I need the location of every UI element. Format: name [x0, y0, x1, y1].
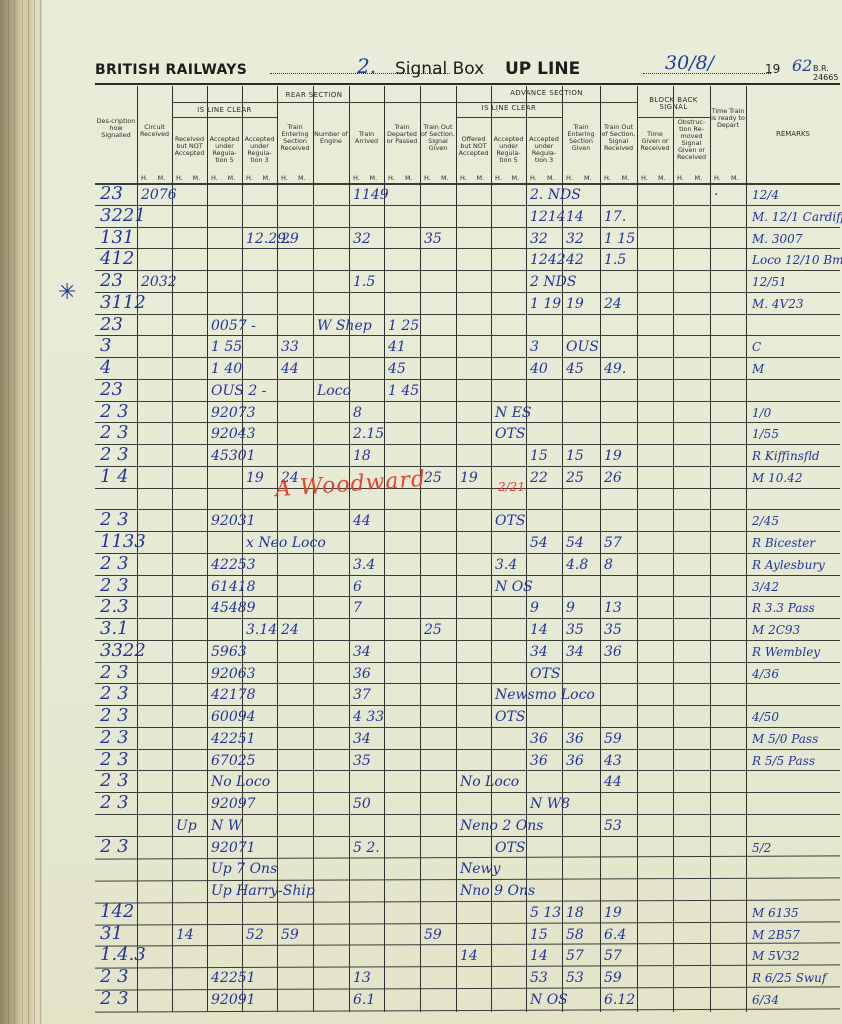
minutes-label: M. [228, 174, 236, 182]
row-entry: OTS [530, 667, 560, 681]
row-rule [95, 662, 840, 663]
row-entry: 42253 [211, 558, 256, 572]
row-description: 23 [100, 272, 123, 290]
row-remarks: M. 12/1 Cardiff [752, 211, 842, 223]
row-remarks: 1/55 [752, 428, 779, 440]
column-header: Train Out of Section, Signal Received [601, 124, 636, 152]
row-description: 2 3 [100, 729, 129, 747]
row-entry: 5 2. [353, 841, 380, 855]
row-entry: Newsmo Loco [495, 688, 595, 702]
column-header: Accepted under Regula-tion 3 [243, 136, 276, 164]
row-entry: 36 [566, 732, 584, 746]
column-header: Accepted under Regula-tion 5 [208, 136, 241, 164]
row-description: 3.1 [100, 620, 129, 638]
line-label: UP LINE [505, 59, 580, 79]
row-entry: 58 [566, 928, 584, 942]
row-entry: OTS [495, 710, 525, 724]
row-entry: 8 [353, 406, 362, 420]
row-description: 1 4 [100, 468, 129, 486]
row-entry: 32 [566, 232, 584, 246]
row-entry: 32 [530, 232, 548, 246]
column-divider [456, 86, 457, 1012]
hours-label: H. [176, 174, 183, 182]
minutes-label: M. [622, 174, 630, 182]
minutes-label: M. [477, 174, 485, 182]
column-header: Train Out of Section, Signal Given [421, 124, 455, 152]
row-remarks: M 10.42 [752, 472, 802, 484]
hours-label: H. [604, 174, 611, 182]
row-entry: 19 [460, 471, 478, 485]
minutes-label: M. [512, 174, 520, 182]
row-entry: 35 [353, 754, 371, 768]
hours-label: H. [677, 174, 684, 182]
handwritten-date: 30/8/ [665, 52, 714, 74]
hours-label: H. [495, 174, 502, 182]
minutes-label: M. [263, 174, 271, 182]
column-header: Train Entering Section Given [563, 124, 599, 152]
row-entry: 35 [604, 623, 622, 637]
row-description: 23 [100, 316, 123, 334]
row-entry: 1 15 [604, 232, 635, 246]
hours-label: H. [424, 174, 431, 182]
row-entry: Neno 2 Ons [460, 819, 543, 833]
row-description: 2 3 [100, 511, 129, 529]
row-entry: 17. [604, 210, 626, 224]
row-remarks: R Kiffinsfld [752, 450, 820, 462]
minutes-label: M. [370, 174, 378, 182]
row-entry: N W8 [530, 797, 570, 811]
hours-label: H. [641, 174, 648, 182]
row-description: 412 [100, 250, 134, 268]
row-remarks: 3/42 [752, 581, 779, 593]
row-entry: 2. NDS [530, 188, 581, 202]
column-divider [673, 86, 674, 1012]
row-rule [95, 248, 840, 249]
row-entry: 44 [281, 362, 299, 376]
row-entry: 18 [353, 449, 371, 463]
row-entry: 1.5 [353, 275, 375, 289]
column-header: Time Train is ready to Depart [711, 108, 745, 129]
row-entry: N OS [530, 993, 568, 1007]
row-entry: 42178 [211, 688, 256, 702]
row-entry: 45301 [211, 449, 256, 463]
row-remarks: Loco 12/10 Bm [752, 254, 842, 266]
row-entry: 53 [604, 819, 622, 833]
row-entry: 15 [530, 928, 548, 942]
row-entry: 52 [246, 928, 264, 942]
row-description: 1133 [100, 533, 146, 551]
row-entry: 36 [604, 645, 622, 659]
row-entry: x Neo Loco [246, 536, 326, 550]
row-entry: 57 [604, 949, 622, 963]
row-entry: 19 [604, 449, 622, 463]
organisation-title: BRITISH RAILWAYS [95, 62, 247, 78]
row-entry: 59 [424, 928, 442, 942]
row-entry: 44 [604, 775, 622, 789]
row-entry: Nno 9 Ons [460, 884, 535, 898]
row-entry: 2.15 [353, 427, 384, 441]
row-rule [95, 640, 840, 641]
row-entry: 92073 [211, 406, 256, 420]
row-entry: 36 [566, 754, 584, 768]
row-entry: 14 [530, 949, 548, 963]
row-rule [95, 488, 840, 489]
row-description: 2 3 [100, 838, 129, 856]
rear-section-rule [172, 102, 456, 103]
row-entry: 37 [353, 688, 371, 702]
hours-label: H. [281, 174, 288, 182]
row-entry: 36 [530, 754, 548, 768]
row-description: 2 3 [100, 403, 129, 421]
row-entry: 32 [353, 232, 371, 246]
row-remarks: 1/0 [752, 407, 771, 419]
row-entry: 19 [566, 297, 584, 311]
row-entry: 92071 [211, 841, 256, 855]
row-entry: 60094 [211, 710, 256, 724]
row-description: 23 [100, 185, 123, 203]
row-entry: 59 [281, 928, 299, 942]
year-prefix: 19 [765, 62, 780, 76]
hours-label: H. [388, 174, 395, 182]
minutes-label: M. [731, 174, 739, 182]
row-entry: 2032 [141, 275, 177, 289]
row-entry: OUS 2 - [211, 384, 266, 398]
minutes-label: M. [298, 174, 306, 182]
row-entry: 92031 [211, 514, 256, 528]
row-entry: 9 [566, 601, 575, 615]
column-header: Accepted under Regula-tion 3 [527, 136, 561, 164]
row-entry: 59 [604, 971, 622, 985]
row-entry: 1 40 [211, 362, 242, 376]
row-description: 2 3 [100, 968, 129, 986]
signal-box-number: 2. [357, 54, 376, 78]
row-entry: 92063 [211, 667, 256, 681]
row-entry: 45 [388, 362, 406, 376]
row-description: 31 [100, 925, 123, 943]
row-entry: 25 [424, 471, 442, 485]
column-header: Time Given or Received [638, 131, 672, 152]
row-rule [95, 227, 840, 228]
row-entry: 4.8 [566, 558, 588, 572]
row-entry: 59 [604, 732, 622, 746]
hours-label: H. [460, 174, 467, 182]
column-header: Offered but NOT Accepted [457, 136, 490, 157]
advance-section-heading: ADVANCE SECTION [456, 90, 637, 97]
row-entry: 6.1 [353, 993, 375, 1007]
row-rule [95, 444, 840, 445]
row-entry: 45 [566, 362, 584, 376]
row-description: 2 3 [100, 446, 129, 464]
row-remarks: 6/34 [752, 994, 779, 1006]
row-entry: 67025 [211, 754, 256, 768]
row-entry: 13 [353, 971, 371, 985]
row-entry: 29 [281, 232, 299, 246]
minutes-label: M. [158, 174, 166, 182]
row-entry: OTS [495, 427, 525, 441]
row-remarks: 12/4 [752, 189, 779, 201]
minutes-label: M. [193, 174, 201, 182]
column-header: Des-cription how Signalled [96, 118, 136, 139]
row-remarks: M 5V32 [752, 950, 800, 962]
row-entry: Up 7 Ons [211, 862, 277, 876]
row-rule [95, 618, 840, 619]
row-entry: Up Harry-Ship [211, 884, 315, 898]
row-entry: 35 [566, 623, 584, 637]
row-remarks: 5/2 [752, 842, 771, 854]
row-entry: 2076 [141, 188, 177, 202]
row-description: 2 3 [100, 424, 129, 442]
row-entry: 3 [530, 340, 539, 354]
row-rule [95, 509, 840, 510]
row-description: 2 3 [100, 751, 129, 769]
row-entry: No Loco [460, 775, 519, 789]
row-entry: 44 [353, 514, 371, 528]
row-entry: 13 [604, 601, 622, 615]
row-entry: 1 55 [211, 340, 242, 354]
row-entry: 34 [353, 645, 371, 659]
row-entry: 25 [424, 623, 442, 637]
row-entry: Newy [460, 862, 500, 876]
row-entry: OTS [495, 841, 525, 855]
column-divider [746, 86, 747, 1012]
row-entry: 53 [530, 971, 548, 985]
row-entry: 6.12 [604, 993, 635, 1007]
row-entry: 9 [530, 601, 539, 615]
column-header: Received but NOT Accepted [173, 136, 206, 157]
row-entry: 7 [353, 601, 362, 615]
row-remarks: M 2C93 [752, 624, 800, 636]
column-divider [562, 86, 563, 1012]
block-back-signal-heading: BLOCK BACK SIGNAL [637, 97, 710, 111]
column-divider [526, 86, 527, 1012]
row-entry: 19 [604, 906, 622, 920]
column-header: Accepted under Regula-tion 5 [492, 136, 525, 164]
row-description: 3322 [100, 642, 146, 660]
row-entry: 4 33 [353, 710, 384, 724]
row-rule [95, 466, 840, 467]
header-rule [95, 183, 840, 185]
row-entry: 36 [530, 732, 548, 746]
row-entry: N ES [495, 406, 532, 420]
row-description: 142 [100, 903, 134, 921]
row-remarks: M. 4V23 [752, 298, 804, 310]
row-entry: 57 [604, 536, 622, 550]
row-rule [95, 205, 840, 206]
row-entry: 40 [530, 362, 548, 376]
hours-label: H. [141, 174, 148, 182]
row-entry: Up [176, 819, 197, 833]
row-entry: 34 [566, 645, 584, 659]
column-divider [172, 86, 173, 1012]
column-header: Train Entering Section Received [278, 124, 312, 152]
row-entry: 26 [604, 471, 622, 485]
hours-label: H. [566, 174, 573, 182]
row-description: 3 [100, 337, 111, 355]
row-entry: OTS [495, 514, 525, 528]
column-divider [637, 86, 638, 1012]
row-entry: 36 [353, 667, 371, 681]
row-entry: 35 [424, 232, 442, 246]
row-entry: 5 13 [530, 906, 561, 920]
row-description: 2 3 [100, 794, 129, 812]
row-entry: 1 45 [388, 384, 419, 398]
row-entry: 0057 - [211, 319, 256, 333]
row-rule [95, 335, 840, 336]
column-divider [710, 86, 711, 1012]
row-description: 2 3 [100, 772, 129, 790]
row-entry: 5963 [211, 645, 247, 659]
is-line-clear-heading: IS LINE CLEAR [456, 105, 562, 112]
row-entry: 14 [566, 210, 584, 224]
row-entry: 34 [530, 645, 548, 659]
row-entry: 8 [604, 558, 613, 572]
title-rule [95, 83, 840, 85]
row-entry: 6.4 [604, 928, 626, 942]
row-entry: 3.4 [495, 558, 517, 572]
column-divider [207, 86, 208, 1012]
asterisk-mark: ✳ [58, 280, 76, 305]
hours-label: H. [353, 174, 360, 182]
minutes-label: M. [695, 174, 703, 182]
row-rule [95, 314, 840, 315]
row-entry: N W [211, 819, 242, 833]
row-rule [95, 531, 840, 532]
row-entry: 34 [353, 732, 371, 746]
column-header: Train Arrived [350, 131, 383, 145]
row-entry: 54 [530, 536, 548, 550]
row-entry: 92091 [211, 993, 256, 1007]
row-rule [95, 270, 840, 271]
row-entry: 49. [604, 362, 626, 376]
row-rule [95, 292, 840, 293]
row-remarks: R Bicester [752, 537, 815, 549]
hours-label: H. [714, 174, 721, 182]
row-rule [95, 792, 840, 793]
row-entry: 1 19 [530, 297, 561, 311]
row-entry: 57 [566, 949, 584, 963]
row-rule [95, 727, 840, 728]
row-entry: No Loco [211, 775, 270, 789]
row-remarks: M. 3007 [752, 233, 802, 245]
row-entry: 42 [566, 253, 584, 267]
book-binding [0, 0, 42, 1024]
row-description: 3221 [100, 207, 146, 225]
row-entry: Loco [317, 384, 351, 398]
advance-section-rule [456, 102, 637, 103]
column-header: Obstruc-tion Re-moved Signal Given or Re… [674, 119, 709, 161]
row-rule [95, 770, 840, 771]
row-remarks: R Wembley [752, 646, 820, 658]
row-remarks: 12/51 [752, 276, 787, 288]
row-rule [95, 379, 840, 380]
row-entry: 43 [604, 754, 622, 768]
row-rule [95, 836, 840, 837]
row-description: 2.3 [100, 598, 129, 616]
row-entry: 24 [604, 297, 622, 311]
row-remarks: R 5/5 Pass [752, 755, 815, 767]
row-entry: W Shep [317, 319, 372, 333]
minutes-label: M. [584, 174, 592, 182]
row-entry: 24 [281, 623, 299, 637]
row-entry: · [714, 188, 718, 202]
minutes-label: M. [441, 174, 449, 182]
row-remarks: 4/50 [752, 711, 779, 723]
row-entry: 1214 [530, 210, 566, 224]
row-entry: 14 [460, 949, 478, 963]
row-entry: OUS [566, 340, 599, 354]
row-entry: 25 [566, 471, 584, 485]
line-clear-rule [172, 117, 277, 118]
hours-label: H. [211, 174, 218, 182]
row-rule [95, 357, 840, 358]
row-entry: 15 [566, 449, 584, 463]
row-rule [95, 705, 840, 706]
row-entry: 50 [353, 797, 371, 811]
row-description: 2 3 [100, 664, 129, 682]
column-divider [600, 86, 601, 1012]
row-rule [95, 683, 840, 684]
row-entry: 61418 [211, 580, 256, 594]
row-entry: 1149 [353, 188, 389, 202]
column-divider [384, 86, 385, 1012]
row-entry: 54 [566, 536, 584, 550]
row-remarks: 2/45 [752, 515, 779, 527]
row-description: 1.4.3 [100, 946, 146, 964]
row-description: 2 3 [100, 555, 129, 573]
is-line-clear-heading: IS LINE CLEAR [172, 107, 277, 114]
row-entry: 1242 [530, 253, 566, 267]
minutes-label: M. [658, 174, 666, 182]
row-remarks: M 5/0 Pass [752, 733, 818, 745]
row-entry: 19 [246, 471, 264, 485]
row-rule [95, 575, 840, 576]
row-remarks: R Aylesbury [752, 559, 825, 571]
row-description: 2 3 [100, 577, 129, 595]
row-remarks: M 2B57 [752, 929, 800, 941]
row-description: 3112 [100, 294, 146, 312]
row-description: 4 [100, 359, 111, 377]
column-divider [420, 86, 421, 1012]
row-entry: 53 [566, 971, 584, 985]
minutes-label: M. [547, 174, 555, 182]
row-entry: 42251 [211, 971, 256, 985]
row-description: 2 3 [100, 990, 129, 1008]
column-header: Number of Engine [314, 131, 348, 145]
row-entry: 15 [530, 449, 548, 463]
row-entry: N OS [495, 580, 533, 594]
row-remarks: M 6135 [752, 907, 799, 919]
row-description: 2 3 [100, 685, 129, 703]
row-entry: 45489 [211, 601, 256, 615]
signal-box-label: Signal Box [395, 59, 484, 79]
rear-section-heading: REAR SECTION [172, 92, 456, 99]
row-rule [95, 422, 840, 423]
row-rule [95, 401, 840, 402]
row-entry: 14 [176, 928, 194, 942]
row-entry: 14 [530, 623, 548, 637]
row-entry: 1 25 [388, 319, 419, 333]
row-entry: 3.14 [246, 623, 277, 637]
line-clear-rule [456, 117, 562, 118]
form-number: B.R. 24665 [813, 64, 840, 82]
row-entry: 92097 [211, 797, 256, 811]
row-rule [95, 814, 840, 815]
row-entry: 1.5 [604, 253, 626, 267]
row-description: 131 [100, 229, 134, 247]
row-entry: 33 [281, 340, 299, 354]
minutes-label: M. [405, 174, 413, 182]
row-entry: 41 [388, 340, 406, 354]
